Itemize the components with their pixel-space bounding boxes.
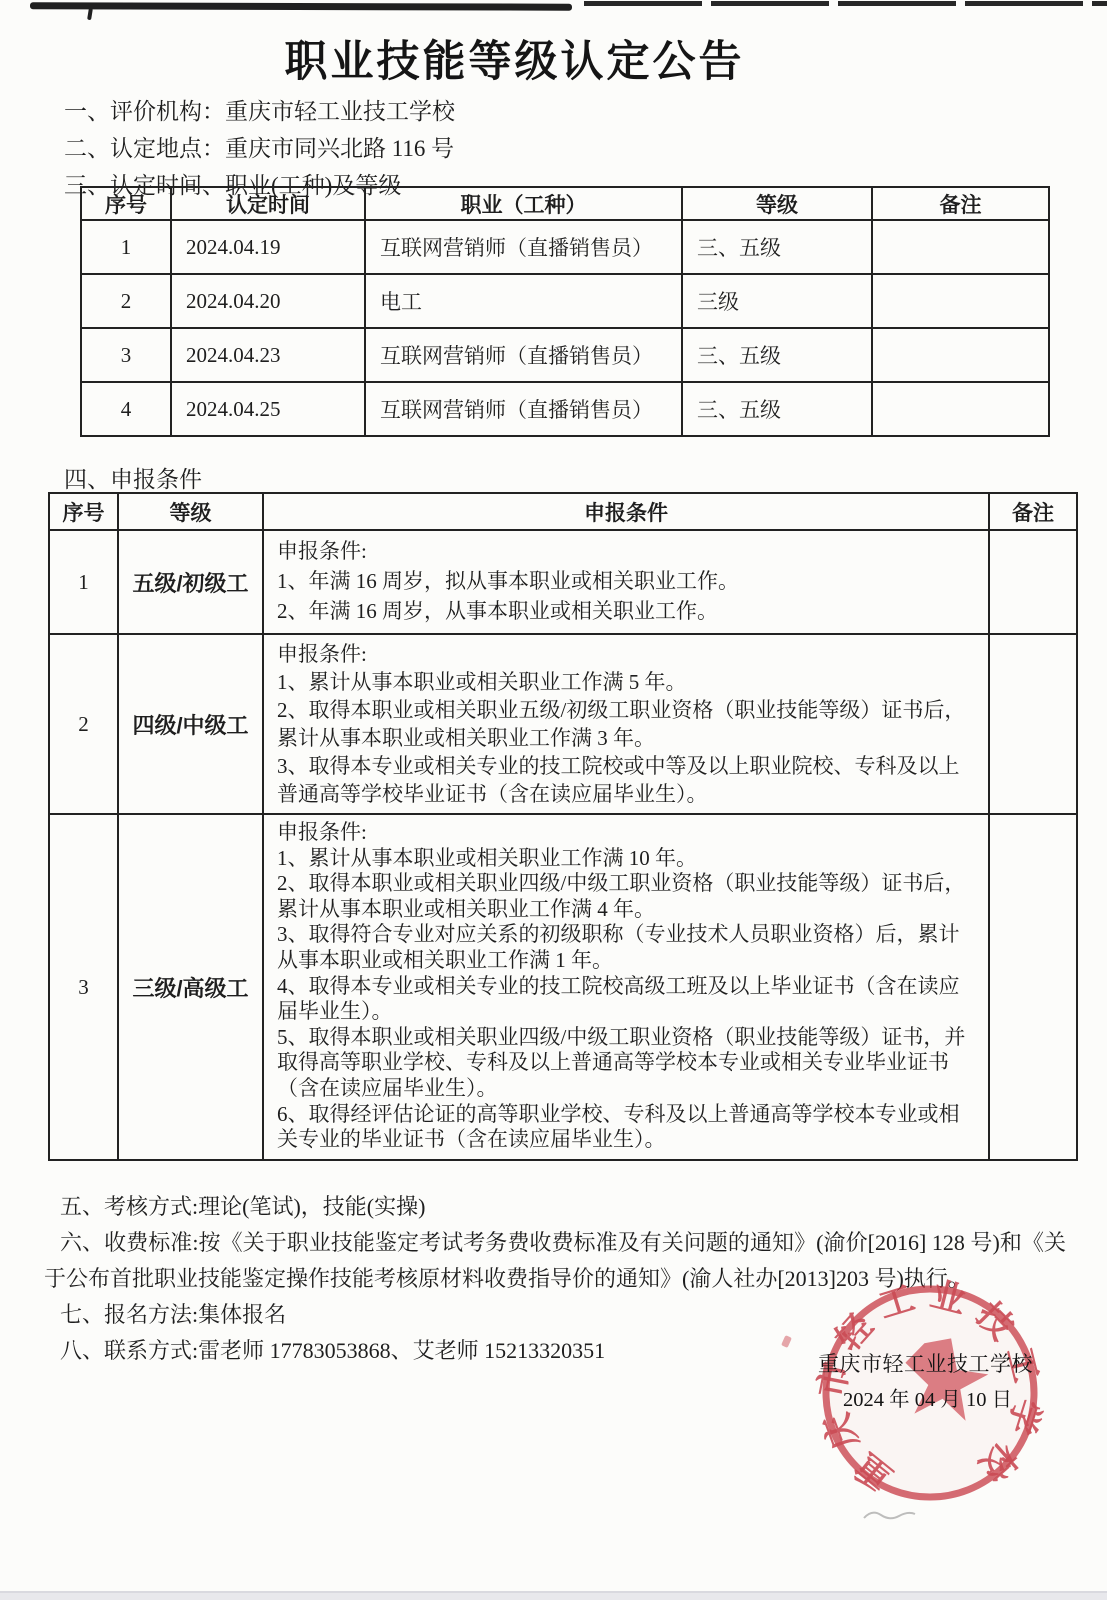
schedule-1-level: 三、五级 xyxy=(682,220,872,274)
scan-artifact-top-right xyxy=(584,1,1107,6)
condition-line: 4、取得本专业或相关专业的技工院校高级工班及以上毕业证书（含在读应届毕业生）。 xyxy=(277,974,974,1025)
condition-line: 申报条件: xyxy=(277,536,974,566)
conditions-header-row: 序号 等级 申报条件 备注 xyxy=(49,493,1077,530)
schedule-2-remark xyxy=(872,274,1049,328)
conditions-3-text: 申报条件: 1、累计从事本职业或相关职业工作满 10 年。 2、取得本职业或相关… xyxy=(263,814,989,1160)
condition-line: 1、累计从事本职业或相关职业工作满 10 年。 xyxy=(277,846,974,872)
conditions-2-level: 四级/中级工 xyxy=(118,634,263,814)
schedule-header-row: 序号 认定时间 职业（工种） 等级 备注 xyxy=(81,187,1049,220)
table-row: 3 三级/高级工 申报条件: 1、累计从事本职业或相关职业工作满 10 年。 2… xyxy=(49,814,1077,1160)
conditions-3-no: 3 xyxy=(49,814,118,1160)
condition-line: 3、取得符合专业对应关系的初级职称（专业技术人员职业资格）后，累计从事本职业或相… xyxy=(277,922,974,973)
table-row: 2 2024.04.20 电工 三级 xyxy=(81,274,1049,328)
conditions-3-remark xyxy=(989,814,1077,1160)
condition-line: 2、年满 16 周岁，从事本职业或相关职业工作。 xyxy=(277,596,974,626)
intro-item-evaluator: 一、评价机构：重庆市轻工业技工学校 xyxy=(64,93,455,130)
schedule-3-level: 三、五级 xyxy=(682,328,872,382)
schedule-4-no: 4 xyxy=(81,382,171,436)
condition-line: 2、取得本职业或相关职业四级/中级工职业资格（职业技能等级）证书后，累计从事本职… xyxy=(277,871,974,922)
scan-artifact-top-left xyxy=(30,2,572,10)
conditions-2-remark xyxy=(989,634,1077,814)
schedule-4-occupation: 互联网营销师（直播销售员） xyxy=(365,382,682,436)
schedule-1-remark xyxy=(872,220,1049,274)
col-header-remark: 备注 xyxy=(989,493,1077,530)
col-header-remark: 备注 xyxy=(872,187,1049,220)
schedule-2-date: 2024.04.20 xyxy=(171,274,365,328)
scan-artifact-bottom xyxy=(0,1591,1107,1600)
schedule-4-remark xyxy=(872,382,1049,436)
conditions-1-level: 五级/初级工 xyxy=(118,530,263,634)
col-header-level: 等级 xyxy=(118,493,263,530)
condition-line: 3、取得本专业或相关专业的技工院校或中等及以上职业院校、专科及以上普通高等学校毕… xyxy=(277,752,974,808)
col-header-conditions: 申报条件 xyxy=(263,493,989,530)
schedule-3-occupation: 互联网营销师（直播销售员） xyxy=(365,328,682,382)
schedule-4-level: 三、五级 xyxy=(682,382,872,436)
col-header-level: 等级 xyxy=(682,187,872,220)
condition-line: 申报条件: xyxy=(277,820,974,846)
conditions-1-text: 申报条件: 1、年满 16 周岁，拟从事本职业或相关职业工作。 2、年满 16 … xyxy=(263,530,989,634)
table-row: 3 2024.04.23 互联网营销师（直播销售员） 三、五级 xyxy=(81,328,1049,382)
schedule-3-no: 3 xyxy=(81,328,171,382)
col-header-date: 认定时间 xyxy=(171,187,365,220)
conditions-1-remark xyxy=(989,530,1077,634)
schedule-3-remark xyxy=(872,328,1049,382)
page-title: 职业技能等级认定公告 xyxy=(0,28,1029,89)
condition-line: 1、年满 16 周岁，拟从事本职业或相关职业工作。 xyxy=(277,566,974,596)
col-header-no: 序号 xyxy=(81,187,171,220)
table-row: 2 四级/中级工 申报条件: 1、累计从事本职业或相关职业工作满 5 年。 2、… xyxy=(49,634,1077,814)
schedule-1-occupation: 互联网营销师（直播销售员） xyxy=(365,220,682,274)
document-page: 职业技能等级认定公告 一、评价机构：重庆市轻工业技工学校 二、认定地点：重庆市同… xyxy=(0,0,1107,1600)
schedule-3-date: 2024.04.23 xyxy=(171,328,365,382)
condition-line: 5、取得本职业或相关职业四级/中级工职业资格（职业技能等级）证书，并取得高等职业… xyxy=(277,1025,974,1102)
schedule-1-no: 1 xyxy=(81,220,171,274)
schedule-table: 序号 认定时间 职业（工种） 等级 备注 1 2024.04.19 互联网营销师… xyxy=(80,186,1050,437)
conditions-table: 序号 等级 申报条件 备注 1 五级/初级工 申报条件: 1、年满 16 周岁，… xyxy=(48,492,1078,1161)
schedule-2-occupation: 电工 xyxy=(365,274,682,328)
condition-line: 1、累计从事本职业或相关职业工作满 5 年。 xyxy=(277,668,974,696)
conditions-1-no: 1 xyxy=(49,530,118,634)
table-row: 4 2024.04.25 互联网营销师（直播销售员） 三、五级 xyxy=(81,382,1049,436)
signature-org: 重庆市轻工业技工学校 xyxy=(818,1348,1033,1378)
condition-line: 2、取得本职业或相关职业五级/初级工职业资格（职业技能等级）证书后，累计从事本职… xyxy=(277,696,974,752)
conditions-2-no: 2 xyxy=(49,634,118,814)
conditions-heading: 四、申报条件 xyxy=(64,461,202,494)
condition-line: 6、取得经评估论证的高等职业学校、专科及以上普通高等学校本专业或相关专业的毕业证… xyxy=(277,1102,974,1153)
conditions-2-text: 申报条件: 1、累计从事本职业或相关职业工作满 5 年。 2、取得本职业或相关职… xyxy=(263,634,989,814)
table-row: 1 五级/初级工 申报条件: 1、年满 16 周岁，拟从事本职业或相关职业工作。… xyxy=(49,530,1077,634)
schedule-1-date: 2024.04.19 xyxy=(171,220,365,274)
pencil-smudge xyxy=(862,1506,922,1524)
conditions-3-level: 三级/高级工 xyxy=(118,814,263,1160)
footer-item-assessment-method: 五、考核方式:理论(笔试)，技能(实操) xyxy=(44,1189,1066,1225)
intro-item-location: 二、认定地点：重庆市同兴北路 116 号 xyxy=(64,130,455,167)
schedule-2-level: 三级 xyxy=(682,274,872,328)
schedule-4-date: 2024.04.25 xyxy=(171,382,365,436)
scan-artifact-hook xyxy=(87,8,93,20)
signature-date: 2024 年 04 月 10 日 xyxy=(843,1382,1012,1412)
col-header-no: 序号 xyxy=(49,493,118,530)
condition-line: 申报条件: xyxy=(277,640,974,668)
table-row: 1 2024.04.19 互联网营销师（直播销售员） 三、五级 xyxy=(81,220,1049,274)
col-header-occupation: 职业（工种） xyxy=(365,187,682,220)
schedule-2-no: 2 xyxy=(81,274,171,328)
